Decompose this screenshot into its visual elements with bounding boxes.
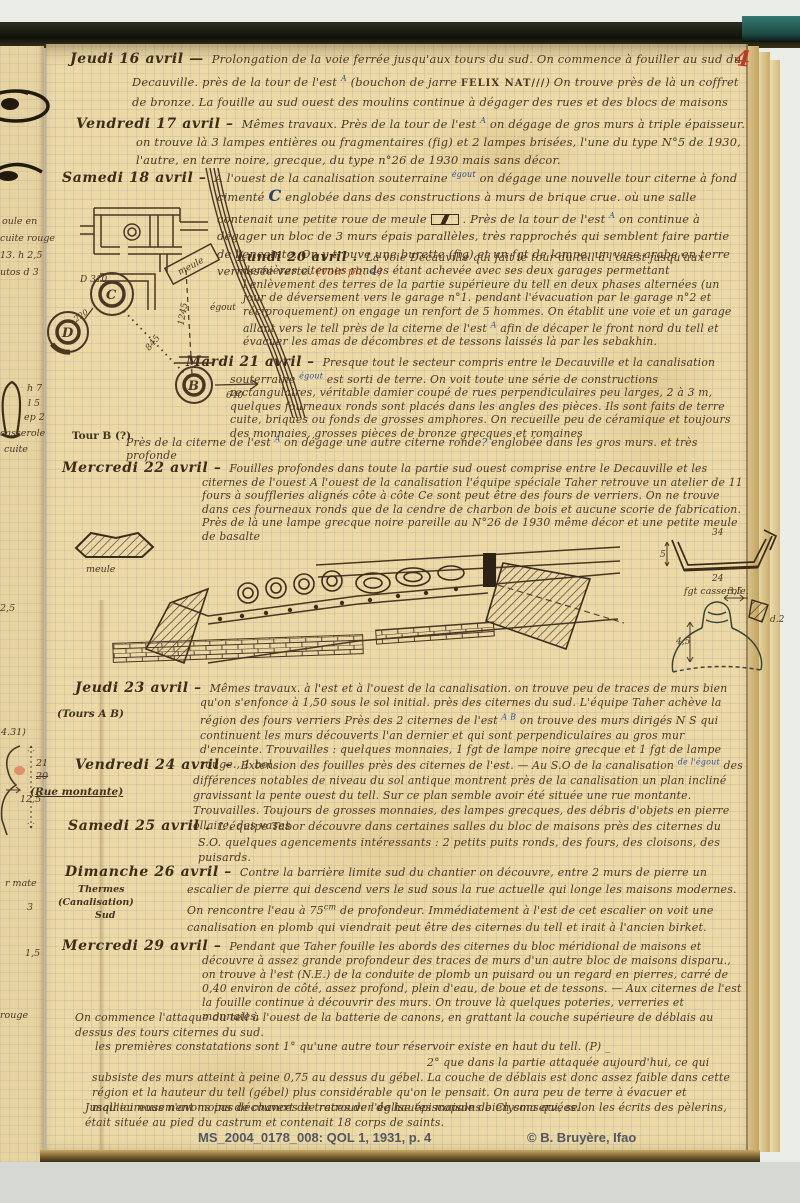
entry-samedi-25-avril: Samedi 25 avril .L'équipe Tabor découvre… [68, 819, 744, 866]
text-segment: égout [452, 170, 476, 179]
paragraph-text: Jusqu'ici nous n'avons pas découvert de … [85, 1101, 727, 1129]
entry-body: La voie Decauville qui fait le tour du t… [243, 251, 732, 348]
finds-d2: d.2 [770, 615, 785, 625]
paragraph-text: les premières constatations sont 1° qu'u… [95, 1040, 611, 1053]
paragraph-attaque-tell: On commence l'attaque du tell à l'ouest … [75, 1011, 735, 1040]
workshop-label-meule: meule [86, 564, 116, 575]
scanned-journal-page: { "page": { "number": "4", "caption_id":… [0, 0, 800, 1203]
plan-cistern-c: C [106, 288, 117, 303]
plan-label-egout: égout [210, 302, 236, 313]
finds-24: 24 [711, 574, 724, 584]
neighbor-fragment: 3 [27, 902, 33, 913]
entry-date: Vendredi 17 avril – [76, 116, 242, 132]
finds-34: 34 [712, 528, 724, 538]
text-segment: . Près de la tour de l'est [459, 212, 610, 226]
neighbor-fragment: h 7 [27, 383, 42, 394]
meule-box: meule [165, 244, 219, 284]
entry-date: Dimanche 26 avril – [65, 864, 240, 880]
entry-body: Près de la citerne de l'est A on dégage … [126, 436, 698, 462]
neighbor-fragment: utos d 3 [0, 267, 39, 278]
notebook-cover-corner [742, 16, 800, 42]
entry-body: Contre la barrière limite sud du chantie… [187, 866, 737, 934]
neighbor-fragment: casserole [0, 428, 45, 439]
entry-lundi-20-avril: Lundi 20 avril .La voie Decauville qui f… [237, 251, 745, 348]
finds-sketch: 34 5 24 fgt casserole. 4,5 3,5 d.2 [660, 526, 795, 676]
entry-date: Jeudi 23 avril – [75, 680, 210, 696]
neighbor-fragment: cuite rouge [0, 233, 55, 244]
neighbor-fragment: 1,5 [25, 948, 40, 959]
entry-date: Mercredi 29 avril – [62, 938, 229, 954]
entry-vendredi-17-avril: Vendredi 17 avril –Mêmes travaux. Près d… [76, 112, 746, 169]
entry-date: Vendredi 24 avril – [75, 757, 241, 773]
entry-jeudi-16-avril: Jeudi 16 avril —Prolongation de la voie … [70, 50, 746, 112]
plan-label-1245: 1245 [177, 302, 191, 327]
plan-sketch: meule C D B D 310 220 845 1245 égout 640 [40, 182, 310, 432]
brick-course [113, 635, 364, 663]
text-segment: on dégage une autre citerne ronde [280, 436, 481, 449]
neighbor-fragment: oule en [2, 216, 37, 227]
neighbor-vase-sketch [0, 742, 40, 837]
finds-5: 5 [660, 550, 666, 560]
text-segment: Près de la citerne de l'est [126, 436, 274, 449]
entry-date: Mercredi 22 avril – [62, 460, 229, 476]
margin-label-rue-montante: (Rue montante) [30, 786, 123, 798]
text-segment: Mêmes travaux. Près de la tour de l'est [242, 117, 481, 131]
margin-label-thermes: Thermes [78, 884, 124, 895]
text-segment: L'équipe Tabor découvre dans certaines s… [198, 820, 721, 864]
text-segment: A B [501, 713, 516, 722]
plan-cistern-b: B [187, 379, 199, 394]
neighbor-fragment: 13. h 2,5 [0, 250, 42, 261]
neighbor-fragment: r mate [5, 878, 37, 889]
finds-35: 3,5 [728, 587, 743, 597]
workshop-sketch: meule [58, 523, 638, 678]
neighbor-fragment: rouge [0, 1010, 28, 1021]
dark-doorway [483, 553, 496, 587]
plan-label-640: 640 [226, 391, 243, 401]
text-segment [431, 214, 459, 225]
entry-dimanche-26-avril: Dimanche 26 avril –Contre la barrière li… [65, 864, 743, 936]
plan-label-d310: D 310 [79, 275, 108, 285]
plan-label-845: 845 [144, 333, 163, 353]
meule-fragment [76, 533, 153, 557]
finds-45: 4,5 [675, 637, 691, 647]
copyright-credit: © B. Bruyère, Ifao [527, 1130, 636, 1145]
paragraph-constatations-1: les premières constatations sont 1° qu'u… [95, 1040, 739, 1055]
decauville-rails [206, 168, 305, 418]
brick-course [376, 622, 495, 644]
text-segment: de l'égout [678, 757, 720, 766]
text-segment: cm [324, 902, 336, 911]
neighbor-fragment: 4.31) [1, 727, 26, 738]
margin-label-tours-ab: (Tours A B) [57, 708, 124, 720]
manuscript-id: MS_2004_0178_008: QOL 1, 1931, p. 4 [198, 1130, 431, 1145]
entry-date: Jeudi 16 avril — [70, 51, 212, 67]
right-wall [486, 563, 590, 649]
entry-body: Prolongation de la voie ferrée jusqu'aux… [132, 52, 741, 109]
stopper-fragment [749, 600, 768, 622]
entry-tour-b-note: Près de la citerne de l'est A on dégage … [126, 432, 746, 462]
paragraph-text: On commence l'attaque du tell à l'ouest … [75, 1011, 713, 1039]
margin-label-canalisation: (Canalisation) [58, 897, 134, 908]
neighbor-fragment: l 5 [28, 398, 40, 409]
entry-body: L'équipe Tabor découvre dans certaines s… [198, 820, 721, 864]
entry-date: Samedi 25 avril . [68, 818, 218, 834]
margin-label-sud: Sud [95, 910, 115, 921]
plan-cistern-d: D [61, 326, 74, 341]
neighbor-fragment-struck: 20 [36, 771, 48, 782]
text-segment: FELIX NAT/// [461, 78, 545, 89]
neighbor-fragment: 21 [36, 758, 48, 769]
neighbor-fragment: cuite [4, 444, 28, 455]
neighbor-fragment: 12,5 [20, 794, 41, 805]
neighbor-fragment: ep 2 [24, 412, 45, 423]
neighbor-fragment: 2,5 [0, 603, 15, 614]
neighbor-bowl-sketch [0, 80, 50, 200]
text-segment: Extension des fouilles près des citernes… [241, 759, 678, 772]
text-segment: (bouchon de jarre [347, 75, 461, 89]
scanner-background [0, 1162, 800, 1203]
paragraph-eglise-clysma: Jusqu'ici nous n'avons pas découvert de … [85, 1100, 735, 1130]
